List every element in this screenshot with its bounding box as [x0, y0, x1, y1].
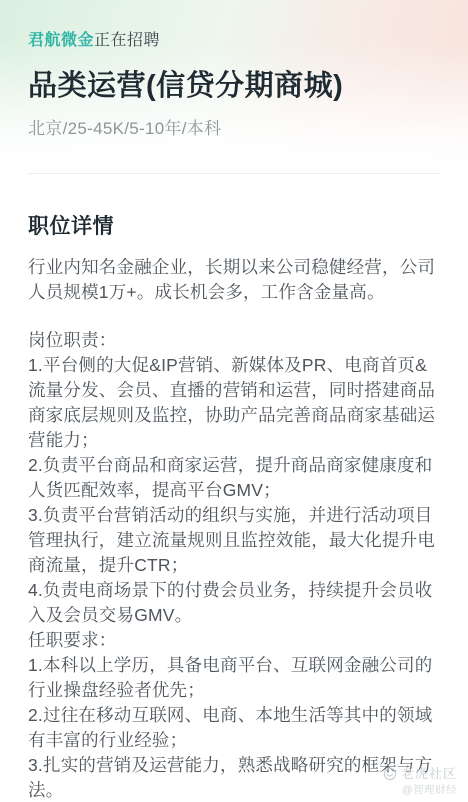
company-intro-paragraph: 行业内知名金融企业，长期以来公司稳健经营，公司人员规模1万+。成长机会多，工作含… — [28, 255, 440, 305]
responsibilities-block: 岗位职责： 1.平台侧的大促&IP营销、新媒体及PR、电商首页&流量分发、会员、… — [28, 328, 440, 802]
job-details-section: 职位详情 行业内知名金融企业，长期以来公司稳健经营，公司人员规模1万+。成长机会… — [0, 213, 468, 802]
responsibilities-title: 岗位职责： — [28, 328, 440, 353]
recruiting-suffix: 正在招聘 — [94, 32, 160, 49]
company-line: 君航微金正在招聘 — [28, 30, 440, 52]
responsibility-item: 4.负责电商场景下的付费会员业务，持续提升会员收入及会员交易GMV。 — [28, 578, 440, 628]
responsibility-item: 2.负责平台商品和商家运营，提升商品商家健康度和人货匹配效率，提高平台GMV； — [28, 453, 440, 503]
job-title: 品类运营(信贷分期商城) — [28, 66, 440, 106]
responsibility-item: 3.负责平台营销活动的组织与实施，并进行活动项目管理执行，建立流量规则且监控效能… — [28, 503, 440, 578]
requirement-item: 3.扎实的营销及运营能力，熟悉战略研究的框架与方法。 — [28, 753, 440, 802]
details-heading: 职位详情 — [28, 213, 440, 241]
responsibility-item: 1.平台侧的大促&IP营销、新媒体及PR、电商首页&流量分发、会员、直播的营销和… — [28, 353, 440, 453]
job-header: 君航微金正在招聘 品类运营(信贷分期商城) 北京/25-45K/5-10年/本科 — [0, 0, 468, 166]
section-divider — [28, 173, 440, 174]
job-meta: 北京/25-45K/5-10年/本科 — [28, 118, 440, 140]
requirements-title: 任职要求： — [28, 628, 440, 653]
job-detail-page: 君航微金正在招聘 品类运营(信贷分期商城) 北京/25-45K/5-10年/本科… — [0, 0, 468, 802]
requirement-item: 2.过往在移动互联网、电商、本地生活等其中的领域有丰富的行业经验； — [28, 703, 440, 753]
company-name[interactable]: 君航微金 — [28, 32, 94, 49]
requirement-item: 1.本科以上学历，具备电商平台、互联网金融公司的行业操盘经验者优先； — [28, 653, 440, 703]
